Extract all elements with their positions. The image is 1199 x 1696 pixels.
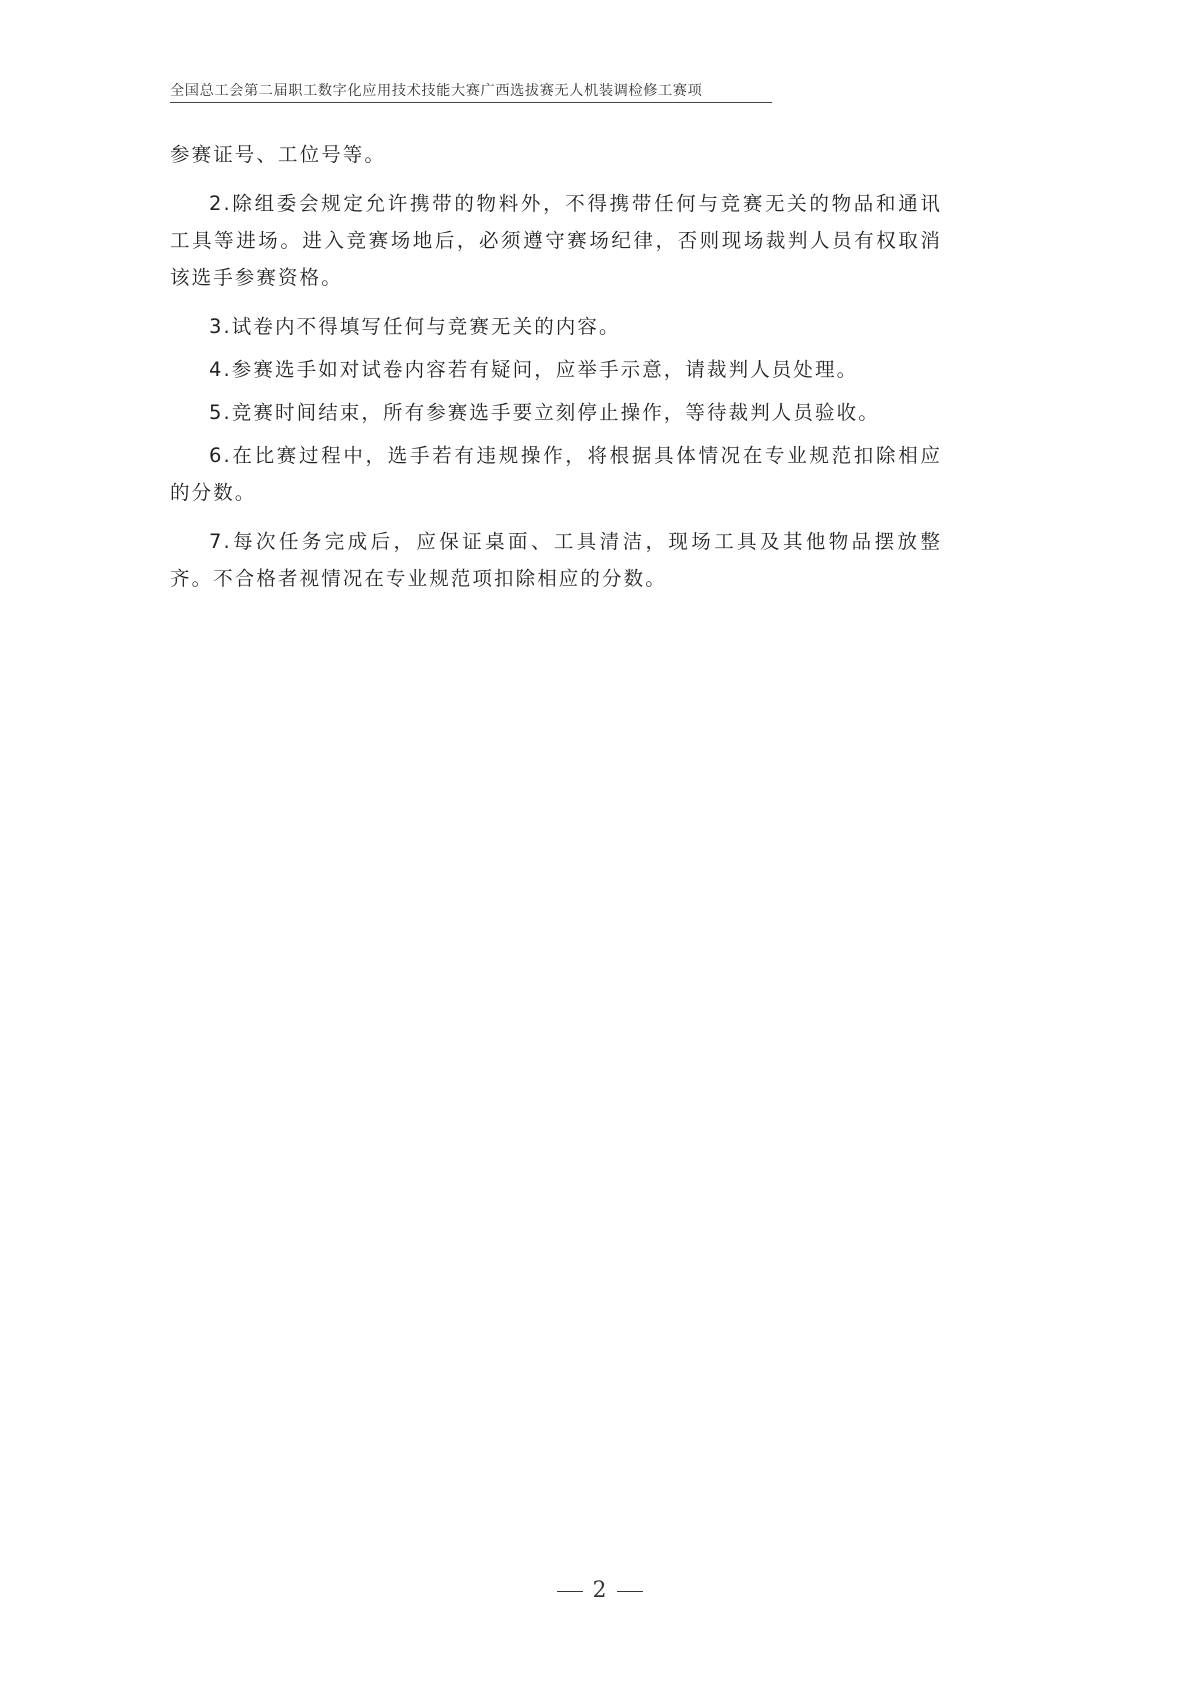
paragraph-continuation: 参赛证号、工位号等。 <box>170 136 942 173</box>
page-number: 2 <box>593 1578 607 1603</box>
em-dash-right <box>617 1591 643 1592</box>
paragraph-rule-7: 7.每次任务完成后，应保证桌面、工具清洁，现场工具及其他物品摆放整齐。不合格者视… <box>170 523 942 597</box>
document-body: 参赛证号、工位号等。 2.除组委会规定允许携带的物料外，不得携带任何与竞赛无关的… <box>170 136 942 597</box>
paragraph-rule-4: 4.参赛选手如对试卷内容若有疑问，应举手示意，请裁判人员处理。 <box>170 351 942 388</box>
running-header-title: 全国总工会第二届职工数字化应用技术技能大赛广西选拔赛无人机装调检修工赛项 <box>170 83 702 99</box>
paragraph-rule-3: 3.试卷内不得填写任何与竞赛无关的内容。 <box>170 308 942 345</box>
paragraph-rule-6: 6.在比赛过程中，选手若有违规操作，将根据具体情况在专业规范扣除相应的分数。 <box>170 437 942 511</box>
paragraph-rule-2: 2.除组委会规定允许携带的物料外，不得携带任何与竞赛无关的物品和通讯工具等进场。… <box>170 185 942 296</box>
em-dash-left <box>557 1591 583 1592</box>
paragraph-rule-5: 5.竞赛时间结束，所有参赛选手要立刻停止操作，等待裁判人员验收。 <box>170 394 942 431</box>
page-footer: 2 <box>0 1578 1199 1603</box>
running-header: 全国总工会第二届职工数字化应用技术技能大赛广西选拔赛无人机装调检修工赛项 <box>170 80 772 103</box>
